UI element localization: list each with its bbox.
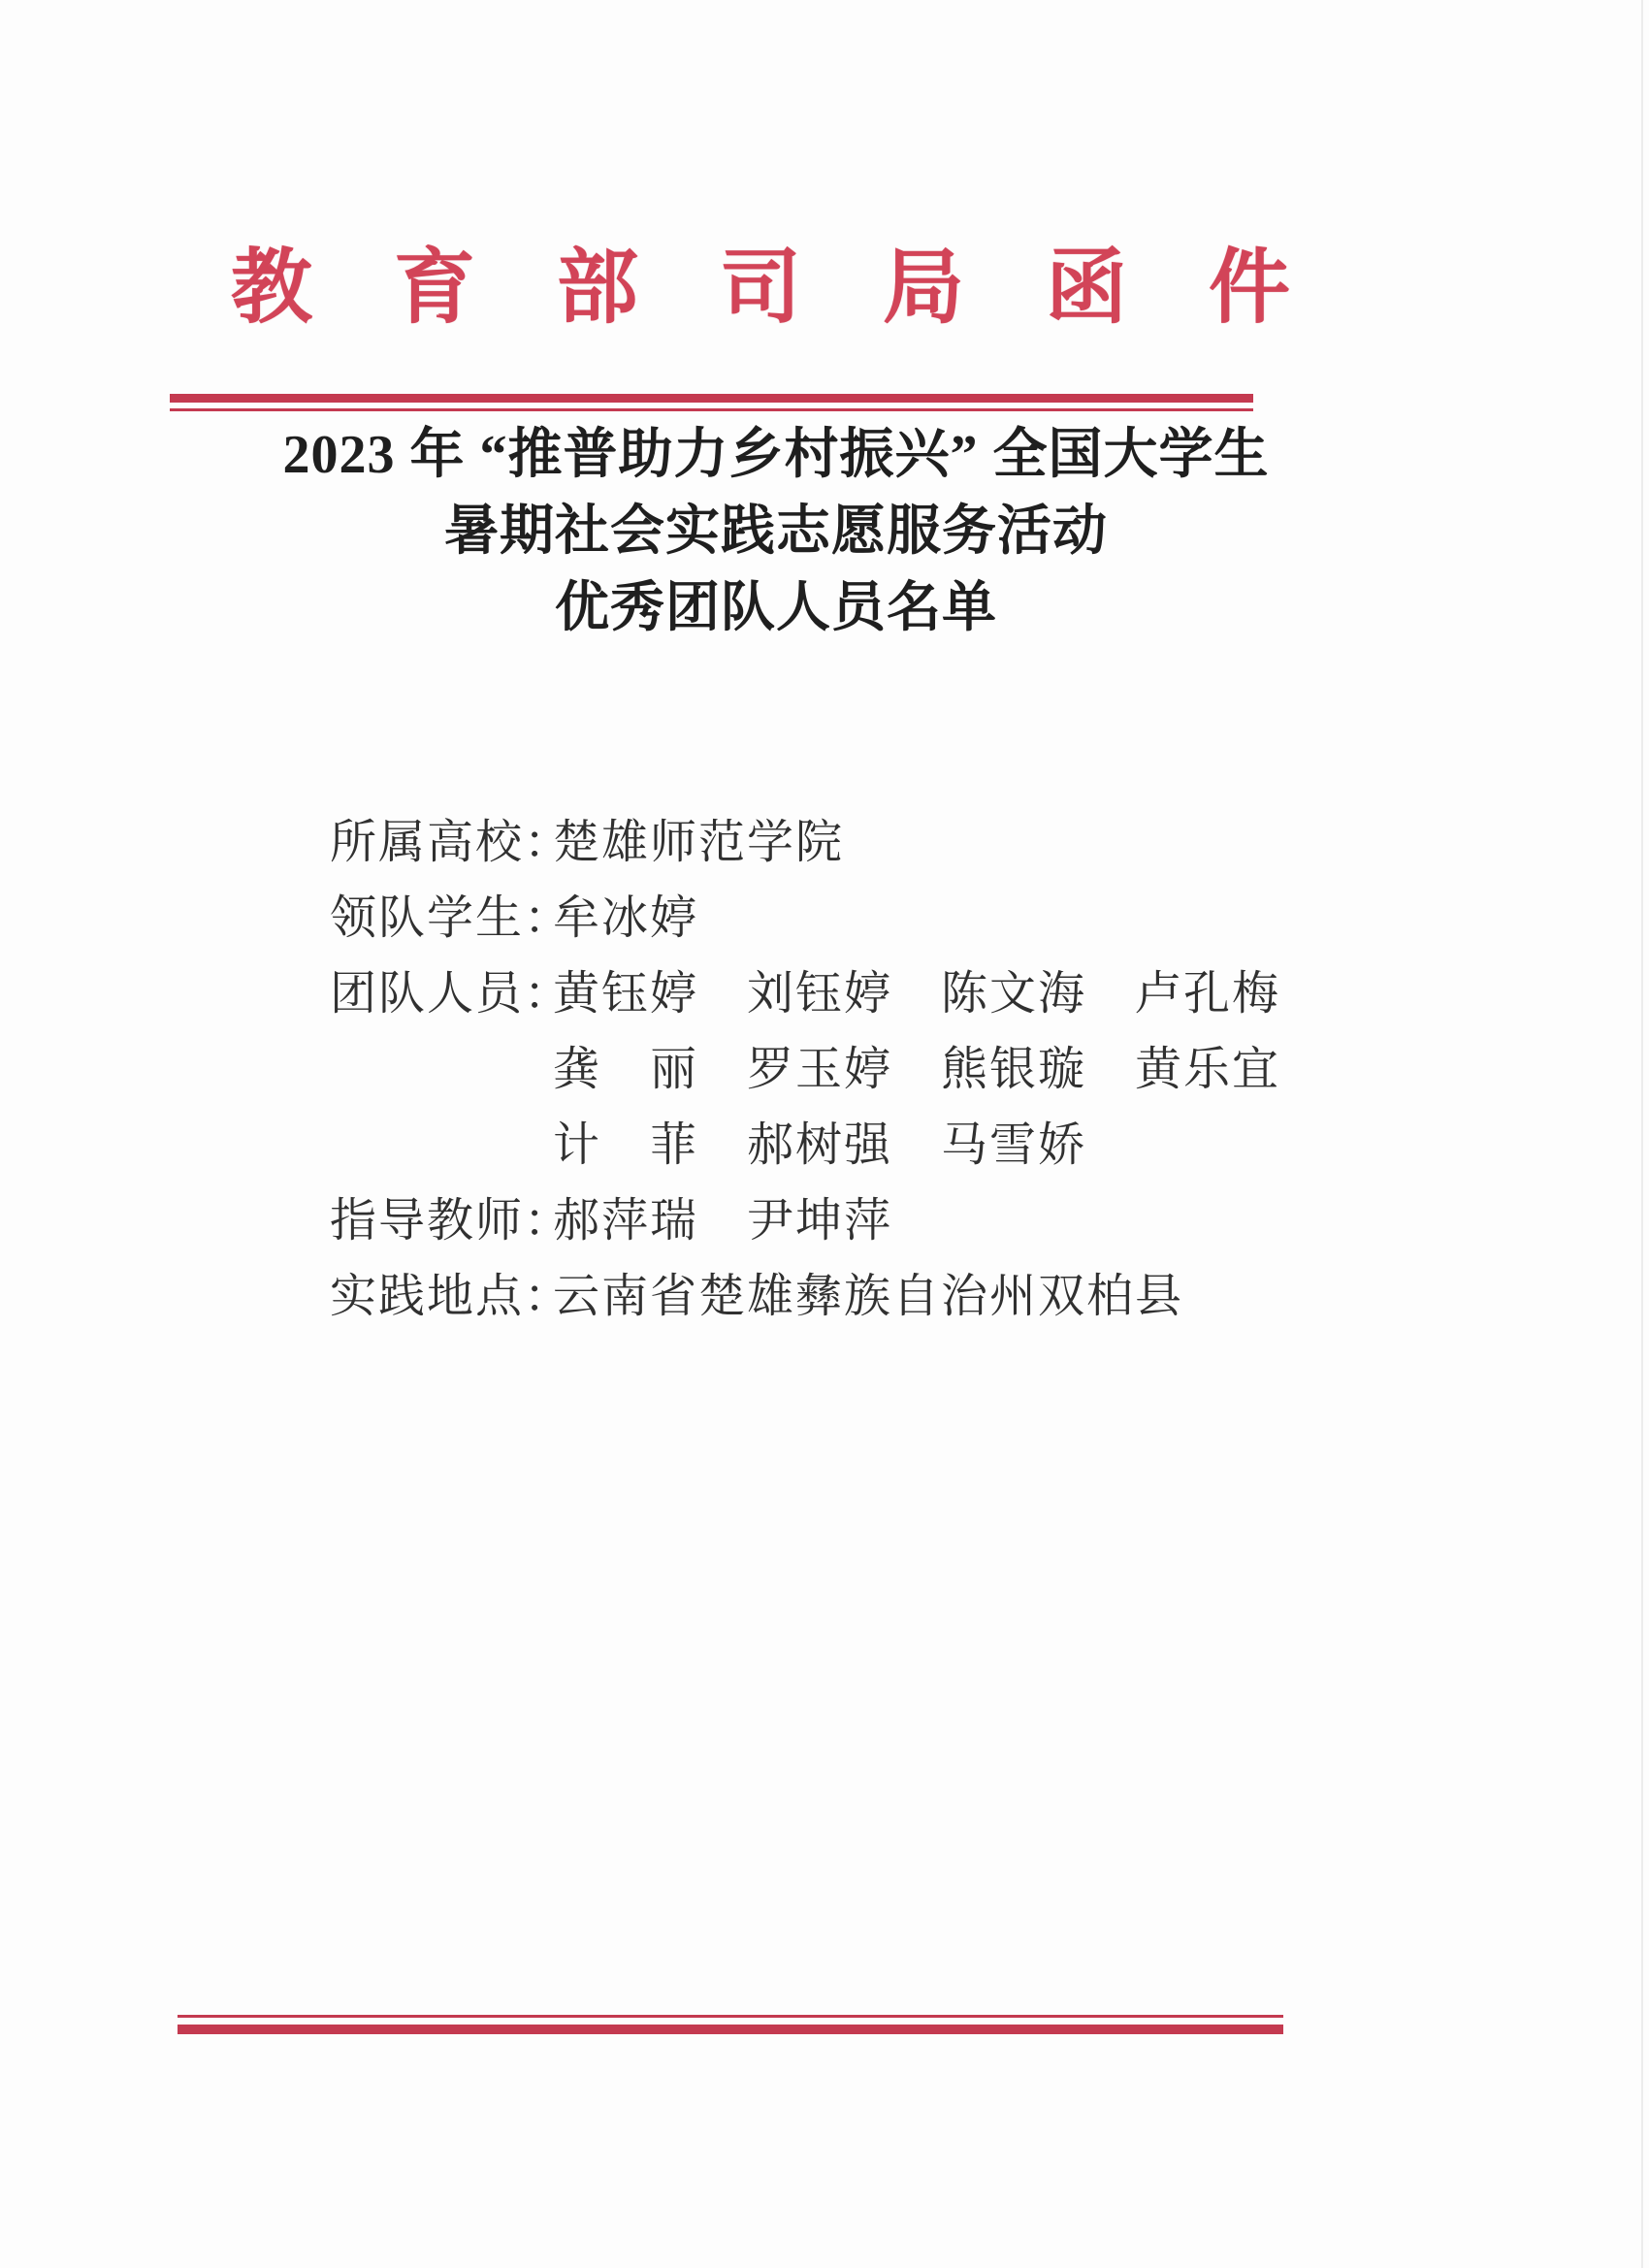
field-label: 团队人员： [330,966,553,1022]
bottom-rule-thick [178,2025,1283,2034]
field-value: 龚 丽 罗玉婷 熊银璇 黄乐宜 [553,1042,1280,1098]
field-row-team-members-2: 龚 丽 罗玉婷 熊银璇 黄乐宜 [330,1042,1397,1118]
document-title: 2023 年 “推普助力乡村振兴” 全国大学生 暑期社会实践志愿服务活动 优秀团… [223,417,1329,647]
document-title-line1: 2023 年 “推普助力乡村振兴” 全国大学生 [223,417,1329,494]
field-row-team-members-1: 团队人员：黄钰婷 刘钰婷 陈文海 卢孔梅 [330,966,1397,1042]
field-value: 楚雄师范学院 [553,815,844,871]
field-value: 牟冰婷 [553,891,698,947]
scan-edge-artifact [1641,0,1643,2268]
field-row-team-leader: 领队学生：牟冰婷 [330,891,1397,966]
field-value: 计 菲 郝树强 马雪娇 [553,1118,1086,1174]
field-label: 领队学生： [330,891,553,947]
field-value: 郝萍瑞 尹坤萍 [553,1193,892,1249]
top-rule-thick [170,394,1253,403]
field-label: 所属高校： [330,815,553,871]
field-row-practice-location: 实践地点：云南省楚雄彝族自治州双柏县 [330,1269,1397,1345]
document-title-line3: 优秀团队人员名单 [223,570,1329,647]
top-rule-thin [170,408,1253,411]
field-list: 所属高校：楚雄师范学院 领队学生：牟冰婷 团队人员：黄钰婷 刘钰婷 陈文海 卢孔… [330,815,1397,1345]
field-row-school: 所属高校：楚雄师范学院 [330,815,1397,891]
field-row-advisors: 指导教师：郝萍瑞 尹坤萍 [330,1193,1397,1269]
letterhead-title: 教育部司局函件 [231,244,1372,334]
field-value: 云南省楚雄彝族自治州双柏县 [553,1269,1183,1325]
field-label: 指导教师： [330,1193,553,1249]
bottom-rule-thin [178,2015,1283,2018]
field-value: 黄钰婷 刘钰婷 陈文海 卢孔梅 [553,966,1280,1022]
field-label: 实践地点： [330,1269,553,1325]
document-title-line2: 暑期社会实践志愿服务活动 [223,494,1329,570]
field-row-team-members-3: 计 菲 郝树强 马雪娇 [330,1118,1397,1193]
